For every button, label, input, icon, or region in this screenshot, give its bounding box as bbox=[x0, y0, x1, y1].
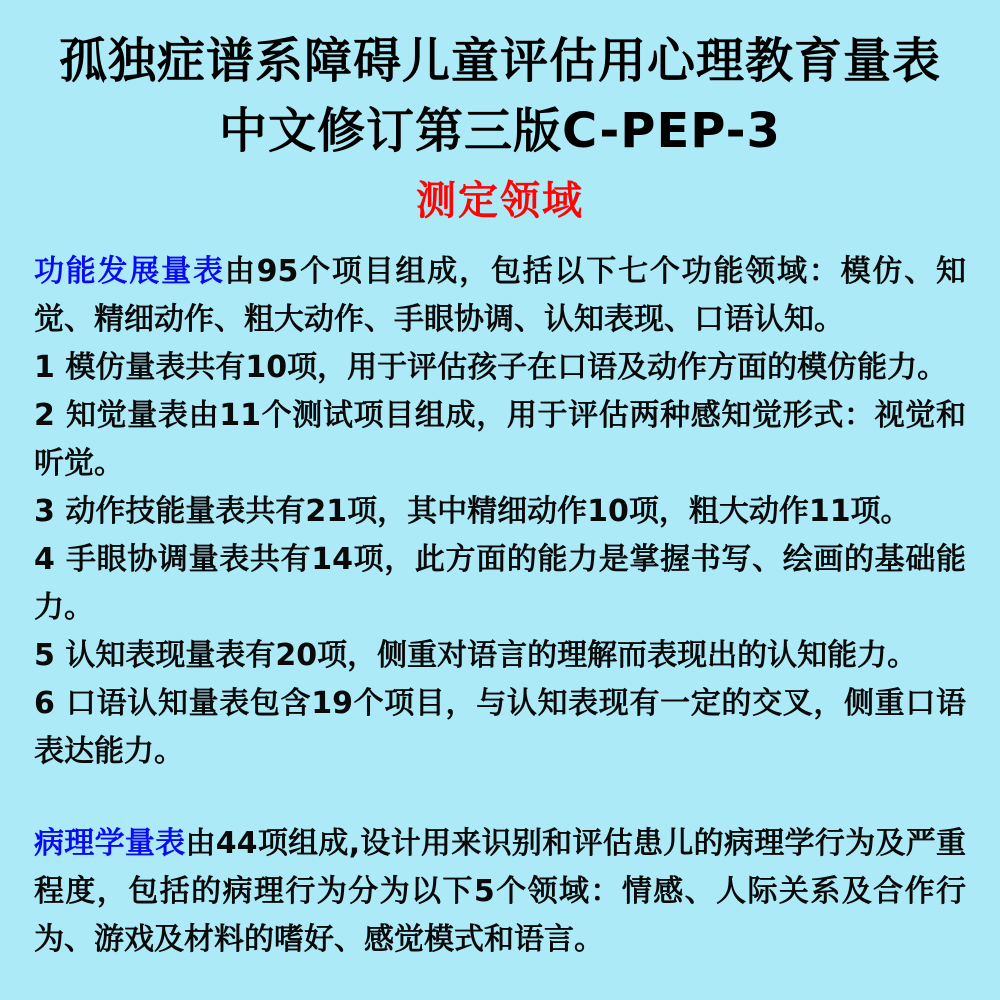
page-title-line2: 中文修订第三版C-PEP-3 bbox=[34, 96, 966, 166]
functional-scale-paragraph: 功能发展量表由95个项目组成，包括以下七个功能领域：模仿、知觉、精细动作、粗大动… bbox=[34, 248, 966, 344]
pathology-scale-name: 病理学量表 bbox=[34, 826, 185, 861]
section-heading: 测定领域 bbox=[34, 172, 966, 230]
functional-scale-item-3: 3 动作技能量表共有21项，其中精细动作10项，粗大动作11项。 bbox=[34, 488, 966, 536]
functional-scale-item-5: 5 认知表现量表有20项，侧重对语言的理解而表现出的认知能力。 bbox=[34, 632, 966, 680]
page-title-line1: 孤独症谱系障碍儿童评估用心理教育量表 bbox=[34, 26, 966, 96]
functional-scale-item-1: 1 模仿量表共有10项，用于评估孩子在口语及动作方面的模仿能力。 bbox=[34, 344, 966, 392]
functional-scale-item-6: 6 口语认知量表包含19个项目，与认知表现有一定的交叉，侧重口语表达能力。 bbox=[34, 680, 966, 776]
body-text: 功能发展量表由95个项目组成，包括以下七个功能领域：模仿、知觉、精细动作、粗大动… bbox=[34, 248, 966, 964]
functional-scale-item-2: 2 知觉量表由11个测试项目组成，用于评估两种感知觉形式：视觉和听觉。 bbox=[34, 392, 966, 488]
functional-scale-item-4: 4 手眼协调量表共有14项，此方面的能力是掌握书写、绘画的基础能力。 bbox=[34, 536, 966, 632]
pathology-scale-paragraph: 病理学量表由44项组成,设计用来识别和评估患儿的病理学行为及严重程度，包括的病理… bbox=[34, 820, 966, 964]
functional-scale-name: 功能发展量表 bbox=[34, 254, 225, 289]
page: 孤独症谱系障碍儿童评估用心理教育量表 中文修订第三版C-PEP-3 测定领域 功… bbox=[0, 0, 1000, 1000]
